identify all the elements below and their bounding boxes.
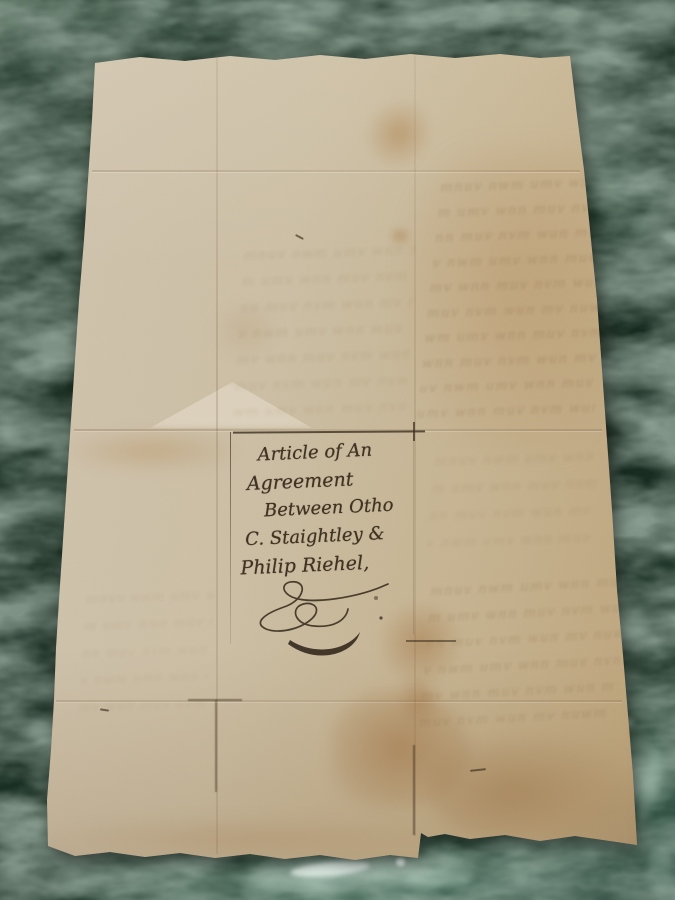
document-paper: mnuv nwm umv wnn muv nvm wun mm umv wnn …	[0, 0, 675, 900]
paper-grain	[0, 0, 675, 900]
photo-scene: mnuv nwm umv wnn muv nvm wun mm umv wnn …	[0, 0, 675, 900]
document-paper-wrap: mnuv nwm umv wnn muv nvm wun mm umv wnn …	[0, 0, 675, 900]
